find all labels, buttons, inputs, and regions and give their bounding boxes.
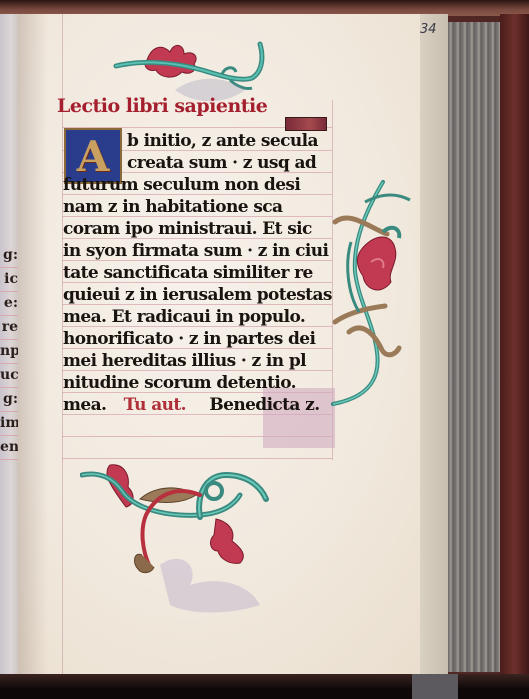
text-line: creata sum · z usq ad xyxy=(127,152,333,174)
left-page-edge: g: ic e: re np uc g: im. en. xyxy=(0,14,18,674)
bottom-clasp-tab xyxy=(412,674,458,699)
text-line-content: mea. xyxy=(63,395,106,415)
text-line: coram ipo ministraui. Et sic xyxy=(63,218,333,240)
folio-number: 34 xyxy=(420,22,437,37)
final-rubric: Tu aut. xyxy=(124,395,186,415)
line-filler-ornament xyxy=(285,117,327,131)
text-line: honorificato · z in partes dei xyxy=(63,328,333,350)
text-line: b initio, z ante secula xyxy=(127,130,333,152)
text-line: nam z in habitatione sca xyxy=(63,196,333,218)
text-line: mea. Et radicaui in populo. xyxy=(63,306,333,328)
text-line: futurum seculum non desi xyxy=(63,174,333,196)
text-line: quieui z in ierusalem potestas xyxy=(63,284,333,306)
rubric-heading: Lectio libri sapientie xyxy=(57,95,267,117)
gutter-shadow xyxy=(18,14,48,674)
left-page-text-fragments: g: ic e: re np uc g: im. en. xyxy=(0,244,18,460)
text-line: tate sanctificata similiter re xyxy=(63,262,333,284)
right-margin-acanthus-icon xyxy=(325,172,415,412)
text-line: nitudine scorum detentio. xyxy=(63,372,333,394)
text-block-page-edges xyxy=(448,22,502,672)
page-fore-edge-margin xyxy=(420,14,448,674)
text-line: in syon firmata sum · z in ciui xyxy=(63,240,333,262)
final-text: Benedicta z. xyxy=(209,395,319,415)
cover-edge xyxy=(500,14,529,684)
text-line: mea. Tu aut. Benedicta z. xyxy=(63,394,320,416)
show-through-decoration xyxy=(150,545,270,625)
text-line: mei hereditas illius · z in pl xyxy=(63,350,333,372)
